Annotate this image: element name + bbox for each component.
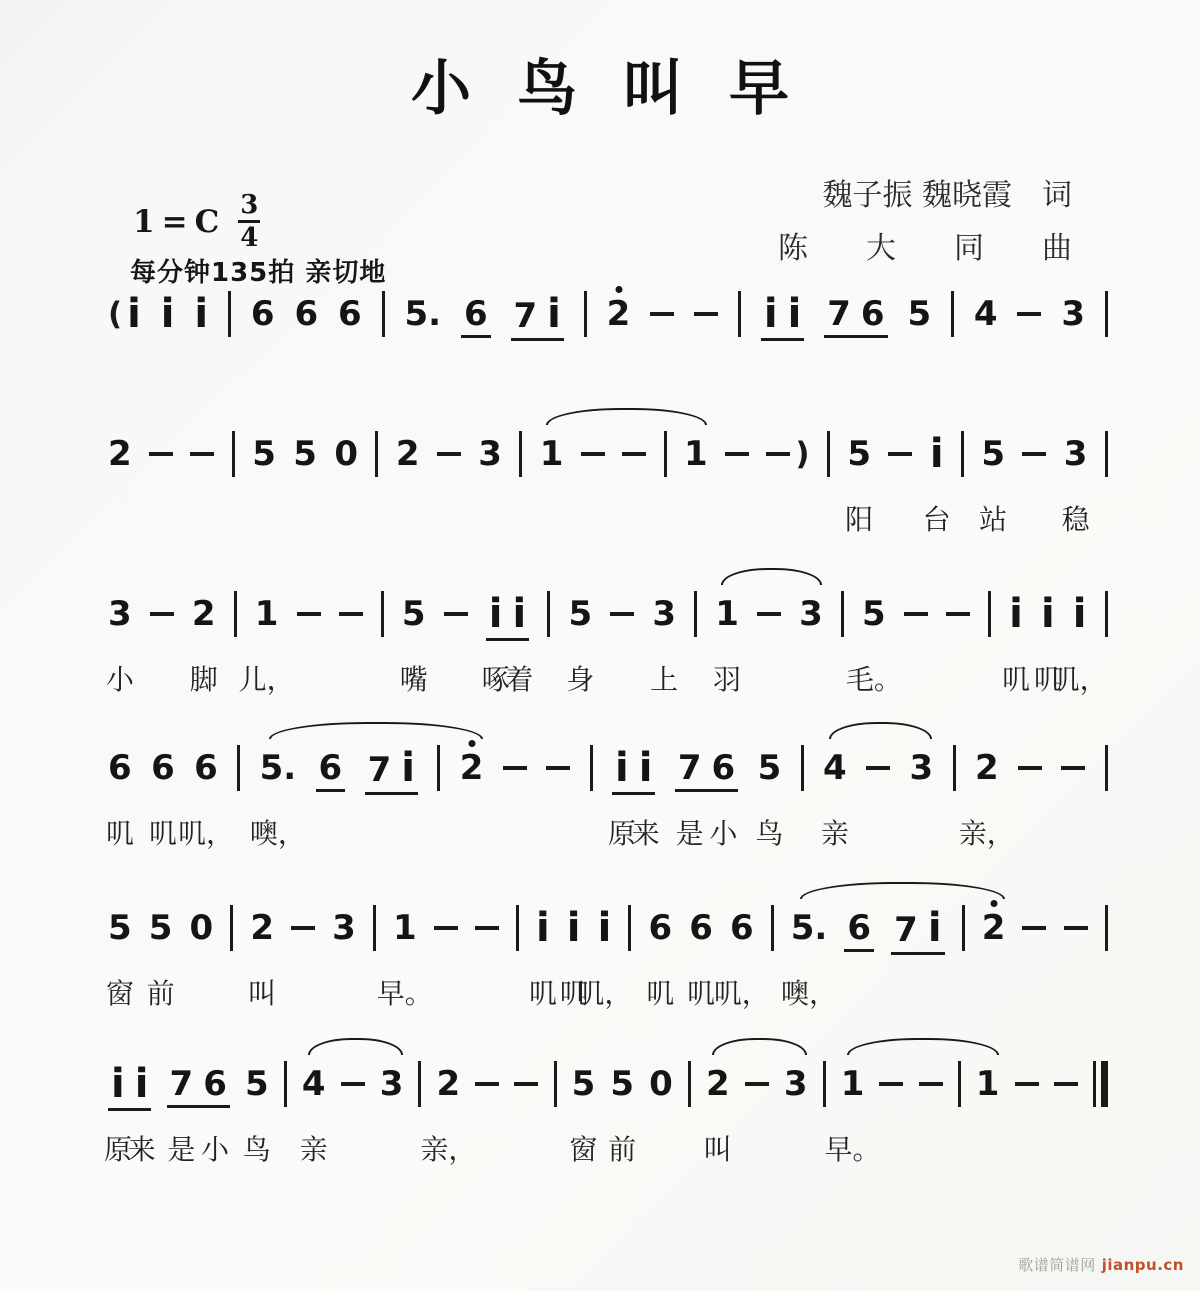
note: 5 [907, 297, 931, 331]
note-row: 3215ii53135iii [108, 588, 1108, 640]
lyric-syllable: 窗 [106, 972, 134, 1012]
note-row: 25502311)5i53 [108, 428, 1108, 480]
lyric-syllable: 身 [566, 658, 594, 698]
barline [988, 591, 991, 637]
composer-char: 曲 [1042, 223, 1072, 267]
barline [628, 905, 631, 951]
barline [382, 291, 385, 337]
note: 3 [909, 751, 933, 785]
note: 2 [607, 297, 631, 331]
barline [951, 291, 954, 337]
note: i [547, 294, 561, 334]
note: 5 [568, 597, 592, 631]
barline [232, 431, 235, 477]
lyric-syllable: 叽， [1052, 658, 1108, 698]
slur [800, 882, 1005, 899]
note: i [161, 294, 175, 334]
barline [284, 1061, 287, 1107]
barline [228, 291, 231, 337]
barline [230, 905, 233, 951]
beam-group: ii [486, 594, 529, 641]
barline [1105, 291, 1108, 337]
duration-dash [1022, 452, 1046, 456]
note: 3 [799, 597, 823, 631]
note: i [489, 594, 503, 634]
note: 7 [170, 1067, 194, 1101]
note: 7 [678, 751, 702, 785]
note: 7 [514, 299, 538, 333]
note: 5 [108, 911, 132, 945]
duration-dash [745, 1082, 769, 1086]
lyric-syllable: 鸟 [755, 812, 783, 852]
lyric-syllable: 早。 [825, 1128, 881, 1168]
time-signature: 3 4 [238, 192, 260, 251]
barline [1105, 591, 1108, 637]
slur [829, 722, 932, 739]
note: 1 [255, 597, 279, 631]
note: 2 [437, 1067, 461, 1101]
note-row: ii7654325502311 [108, 1058, 1108, 1110]
note: 6 [294, 297, 318, 331]
slur [721, 568, 822, 585]
barline [1093, 1061, 1096, 1107]
duration-dash [149, 452, 173, 456]
lyric-syllable: 亲， [420, 1128, 476, 1168]
note: 3 [784, 1067, 808, 1101]
equals-sign: = [162, 204, 188, 240]
note: 1 [976, 1067, 1000, 1101]
composer-char: 大 [866, 223, 896, 267]
note: 2 [192, 597, 216, 631]
duration-dash [546, 766, 570, 770]
final-barline [1093, 1061, 1108, 1107]
note-row: 6665.67i2ii765432 [108, 742, 1108, 794]
note: 5 [252, 437, 276, 471]
duration-dash [291, 926, 315, 930]
note: i [1009, 594, 1023, 634]
beam-group: 76 [824, 297, 887, 338]
note: 7 [894, 913, 918, 947]
duration-dash [610, 612, 634, 616]
lyric-syllable: 阳 [845, 498, 873, 538]
lyric-syllable: 来 [128, 1128, 156, 1168]
time-numerator: 3 [240, 192, 258, 218]
duration-dash [622, 452, 646, 456]
lyric-syllable: 叽 [646, 972, 674, 1012]
note: 0 [334, 437, 358, 471]
note: 6 [730, 911, 754, 945]
key-signature: 1= C 3 4 [133, 192, 260, 251]
note: 5 [610, 1067, 634, 1101]
note: 3 [108, 597, 132, 631]
lyric-syllable: 是 [676, 812, 704, 852]
watermark-site: 歌谱简谱网 [1018, 1256, 1096, 1274]
duration-dash [1018, 766, 1042, 770]
barline [771, 905, 774, 951]
slur [847, 1038, 999, 1055]
barline [953, 745, 956, 791]
music-line-6: ii7654325502311原来是小鸟亲亲，窗前叫早。 [108, 1032, 1108, 1182]
note: 2 [108, 437, 132, 471]
duration-dash [1054, 1082, 1078, 1086]
duration-dash [694, 312, 718, 316]
beam-group: 76 [675, 751, 738, 792]
note: 3 [1064, 437, 1088, 471]
lyric-syllable: 亲 [821, 812, 849, 852]
lyricist-credit: 魏子振 魏晓霞 词 [778, 170, 1072, 214]
beam-group: 6 [844, 911, 874, 952]
key-letter: C [195, 204, 220, 240]
barline [1105, 905, 1108, 951]
lyric-syllable: 嘴 [400, 658, 428, 698]
lyric-syllable: 台 [923, 498, 951, 538]
close-paren: ) [795, 439, 809, 470]
note: i [127, 294, 141, 334]
duration-dash [1015, 1082, 1039, 1086]
barline [437, 745, 440, 791]
barline [801, 745, 804, 791]
barline [841, 591, 844, 637]
note: 5 [847, 437, 871, 471]
note: 5 [862, 597, 886, 631]
note: 6 [338, 297, 362, 331]
lyric-syllable: 叽， [714, 972, 770, 1012]
note: i [930, 434, 944, 474]
slur [269, 722, 483, 739]
duration-dash [725, 452, 749, 456]
lyric-syllable: 上 [650, 658, 678, 698]
duration-dash [297, 612, 321, 616]
note: 7 [368, 753, 392, 787]
barline [738, 291, 741, 337]
lyric-syllable: 小 [106, 658, 134, 698]
duration-dash [866, 766, 890, 770]
note: 2 [396, 437, 420, 471]
note: 5 [572, 1067, 596, 1101]
note: i [536, 908, 550, 948]
note: 6 [689, 911, 713, 945]
lyric-syllable: 羽 [713, 658, 741, 698]
barline [694, 591, 697, 637]
note: 3 [478, 437, 502, 471]
lyric-syllable: 鸟 [243, 1128, 271, 1168]
lyric-syllable: 叽， [178, 812, 234, 852]
beam-group: ii [612, 748, 655, 795]
duration-dash [475, 1082, 499, 1086]
note: i [639, 748, 653, 788]
watermark: 歌谱简谱网jianpu.cn [1018, 1254, 1184, 1275]
beam-group: 76 [167, 1067, 230, 1108]
lyric-syllable: 稳 [1062, 498, 1090, 538]
note: i [135, 1064, 149, 1104]
lyric-syllable: 噢， [781, 972, 837, 1012]
barline [516, 905, 519, 951]
barline [1105, 431, 1108, 477]
duration-dash [766, 452, 790, 456]
beam-group: 7i [891, 908, 944, 955]
lyric-syllable: 毛。 [846, 658, 902, 698]
slur [712, 1038, 807, 1055]
beam-group: 6 [461, 297, 491, 338]
note: i [513, 594, 527, 634]
lyric-syllable: 叽 [149, 812, 177, 852]
lyric-syllable: 着 [505, 658, 533, 698]
note-row: 550231iii6665.67i2 [108, 902, 1108, 954]
note: 6 [464, 297, 488, 331]
note-with-paren: (i [108, 294, 141, 334]
barline [554, 1061, 557, 1107]
note: 6 [108, 751, 132, 785]
note: 2 [975, 751, 999, 785]
note: 1 [684, 437, 708, 471]
composer-credit: 陈大同曲 [778, 223, 1072, 267]
barline [234, 591, 237, 637]
lyric-syllable: 站 [979, 498, 1007, 538]
note: 3 [380, 1067, 404, 1101]
note: 1 [715, 597, 739, 631]
duration-dash [437, 452, 461, 456]
note: i [401, 748, 415, 788]
duration-dash [888, 452, 912, 456]
note: i [567, 908, 581, 948]
lyric-syllable: 叽 [529, 972, 557, 1012]
barline [381, 591, 384, 637]
lyric-syllable: 窗 [569, 1128, 597, 1168]
note: 2 [250, 911, 274, 945]
octave-dot [615, 286, 622, 293]
music-line-1: (iii6665.67i2ii76543 [108, 262, 1108, 412]
note: 7 [827, 297, 851, 331]
note: i [1041, 594, 1055, 634]
lyric-syllable: 早。 [377, 972, 433, 1012]
watermark-url: jianpu.cn [1102, 1256, 1184, 1274]
barline [547, 591, 550, 637]
note: 6 [203, 1067, 227, 1101]
lyric-syllable: 叽 [687, 972, 715, 1012]
duration-dash [757, 612, 781, 616]
note: 6 [194, 751, 218, 785]
duration-dash [434, 926, 458, 930]
barline [519, 431, 522, 477]
duration-dash [904, 612, 928, 616]
beam-group: 6 [316, 751, 346, 792]
note: 6 [648, 911, 672, 945]
barline [373, 905, 376, 951]
duration-dash [581, 452, 605, 456]
music-line-4: 6665.67i2ii765432叽叽叽，噢，原来是小鸟亲亲， [108, 716, 1108, 866]
note: 5 [149, 911, 173, 945]
note: 5 [981, 437, 1005, 471]
note: 6 [251, 297, 275, 331]
duration-dash [339, 612, 363, 616]
barline [962, 905, 965, 951]
lyric-syllable: 儿， [239, 658, 295, 698]
duration-dash [1017, 312, 1041, 316]
sheet-music-page: 小鸟叫早 魏子振 魏晓霞 词 陈大同曲 1= C 3 4 每分钟135拍 亲切地… [0, 0, 1200, 1291]
note: 3 [1061, 297, 1085, 331]
duration-dash [879, 1082, 903, 1086]
barline [590, 745, 593, 791]
duration-dash [444, 612, 468, 616]
note: 5. [404, 297, 441, 331]
note: 1 [393, 911, 417, 945]
barline [237, 745, 240, 791]
duration-dash [475, 926, 499, 930]
time-denominator: 4 [240, 225, 258, 251]
key-note: 1 [133, 204, 155, 240]
note: 5 [758, 751, 782, 785]
lyric-syllable: 亲， [959, 812, 1015, 852]
note: 6 [847, 911, 871, 945]
note-row: (iii6665.67i2ii76543 [108, 288, 1108, 340]
note: 5 [245, 1067, 269, 1101]
music-line-5: 550231iii6665.67i2窗前叫早。叽叽叽，叽叽叽，噢， [108, 876, 1108, 1026]
note: 4 [302, 1067, 326, 1101]
lyric-syllable: 叫 [248, 972, 276, 1012]
note: i [764, 294, 778, 334]
barline [823, 1061, 826, 1107]
note: 5 [402, 597, 426, 631]
duration-dash [946, 612, 970, 616]
note: i [1073, 594, 1087, 634]
lyric-syllable: 来 [632, 812, 660, 852]
note: 0 [190, 911, 214, 945]
lyric-syllable: 叽 [106, 812, 134, 852]
barline [958, 1061, 961, 1107]
beam-group: ii [761, 294, 804, 341]
slur [308, 1038, 403, 1055]
duration-dash [919, 1082, 943, 1086]
lyric-syllable: 前 [147, 972, 175, 1012]
duration-dash [650, 312, 674, 316]
lyric-syllable: 叽， [576, 972, 632, 1012]
duration-dash [1022, 926, 1046, 930]
barline [375, 431, 378, 477]
lyric-syllable: 叽 [1002, 658, 1030, 698]
note: 6 [861, 297, 885, 331]
duration-dash [514, 1082, 538, 1086]
note: 5 [293, 437, 317, 471]
barline-thick [1101, 1061, 1108, 1107]
note: 6 [151, 751, 175, 785]
barline [961, 431, 964, 477]
composer-char: 陈 [778, 223, 808, 267]
duration-dash [503, 766, 527, 770]
beam-group: 7i [365, 748, 418, 795]
duration-dash [190, 452, 214, 456]
duration-dash [341, 1082, 365, 1086]
note: 2 [460, 751, 484, 785]
duration-dash [150, 612, 174, 616]
note: 2 [706, 1067, 730, 1101]
note: 1 [540, 437, 564, 471]
octave-dot [990, 900, 997, 907]
beam-group: ii [108, 1064, 151, 1111]
note: i [598, 908, 612, 948]
duration-dash [1064, 926, 1088, 930]
note: 5. [260, 751, 297, 785]
note: 4 [823, 751, 847, 785]
note: 3 [332, 911, 356, 945]
note: i [615, 748, 629, 788]
barline [827, 431, 830, 477]
note: i [788, 294, 802, 334]
credits: 魏子振 魏晓霞 词 陈大同曲 [778, 170, 1072, 267]
dash-with-paren: ) [766, 439, 809, 470]
open-paren: ( [108, 299, 122, 330]
barline [584, 291, 587, 337]
lyric-syllable: 亲 [300, 1128, 328, 1168]
note: 2 [982, 911, 1006, 945]
slur [546, 408, 707, 425]
barline [664, 431, 667, 477]
note: 5. [791, 911, 828, 945]
song-title: 小鸟叫早 [0, 50, 1200, 128]
octave-dot [468, 740, 475, 747]
note: i [111, 1064, 125, 1104]
note: 0 [649, 1067, 673, 1101]
composer-char: 同 [954, 223, 984, 267]
barline [1105, 745, 1108, 791]
barline [688, 1061, 691, 1107]
music-line-2: 25502311)5i53阳台站稳 [108, 402, 1108, 552]
note: i [928, 908, 942, 948]
lyric-syllable: 小 [709, 812, 737, 852]
note: 6 [712, 751, 736, 785]
lyric-syllable: 是 [167, 1128, 195, 1168]
lyric-syllable: 叫 [704, 1128, 732, 1168]
music-line-3: 3215ii53135iii小脚儿，嘴啄着身上羽毛。叽叽叽， [108, 562, 1108, 712]
duration-dash [1061, 766, 1085, 770]
note: 6 [319, 751, 343, 785]
lyric-syllable: 小 [201, 1128, 229, 1168]
note: 1 [841, 1067, 865, 1101]
beam-group: 7i [511, 294, 564, 341]
note: 3 [652, 597, 676, 631]
note: i [194, 294, 208, 334]
note: 4 [974, 297, 998, 331]
barline [418, 1061, 421, 1107]
lyric-syllable: 噢， [250, 812, 306, 852]
lyric-syllable: 前 [608, 1128, 636, 1168]
lyric-syllable: 脚 [190, 658, 218, 698]
